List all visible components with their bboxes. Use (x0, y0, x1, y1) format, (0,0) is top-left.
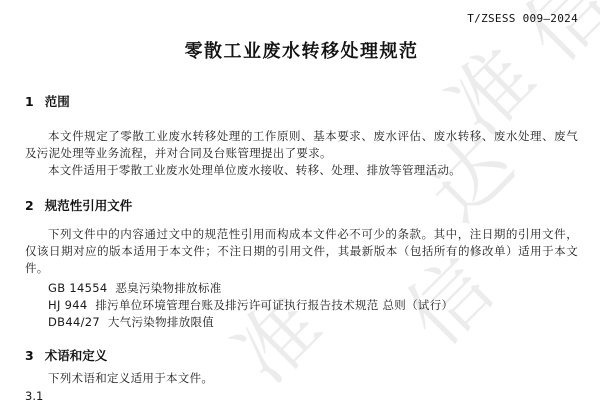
section-title: 术语和定义 (45, 348, 108, 363)
reference-item: HJ 944 排污单位环境管理台账及排污许可证执行报告技术规范 总则（试行） (25, 297, 578, 314)
paragraph: 下列术语和定义适用于本文件。 (25, 370, 578, 387)
section-heading-1: 1范围 (25, 94, 578, 110)
section-heading-2: 2规范性引用文件 (25, 198, 578, 214)
section-number: 2 (25, 198, 34, 213)
reference-item: DB44/27 大气污染物排放限值 (25, 314, 578, 331)
section-number: 3 (25, 348, 34, 363)
paragraph: 下列文件中的内容通过文中的规范性引用而构成本文件必不可少的条款。其中，注日期的引… (25, 226, 578, 277)
subclause-number: 3.1 (25, 388, 578, 400)
reference-item: GB 14554 恶臭污染物排放标准 (25, 280, 578, 297)
section-title: 规范性引用文件 (45, 198, 133, 213)
paragraph: 本文件规定了零散工业废水转移处理的工作原则、基本要求、废水评估、废水转移、废水处… (25, 128, 578, 162)
standard-number: T/ZSESS 009—2024 (25, 12, 578, 25)
paragraph: 本文件适用于零散工业废水处理单位废水接收、转移、处理、排放等管理活动。 (25, 162, 578, 179)
reference-list: GB 14554 恶臭污染物排放标准 HJ 944 排污单位环境管理台账及排污许… (25, 280, 578, 331)
document-title: 零散工业废水转移处理规范 (25, 39, 578, 64)
section-number: 1 (25, 94, 34, 109)
document-page: 准 信 达 准 信 T/ZSESS 009—2024 零散工业废水转移处理规范 … (0, 0, 600, 400)
section-heading-3: 3术语和定义 (25, 348, 578, 364)
section-title: 范围 (45, 94, 70, 109)
document-content: T/ZSESS 009—2024 零散工业废水转移处理规范 1范围 本文件规定了… (25, 12, 578, 400)
